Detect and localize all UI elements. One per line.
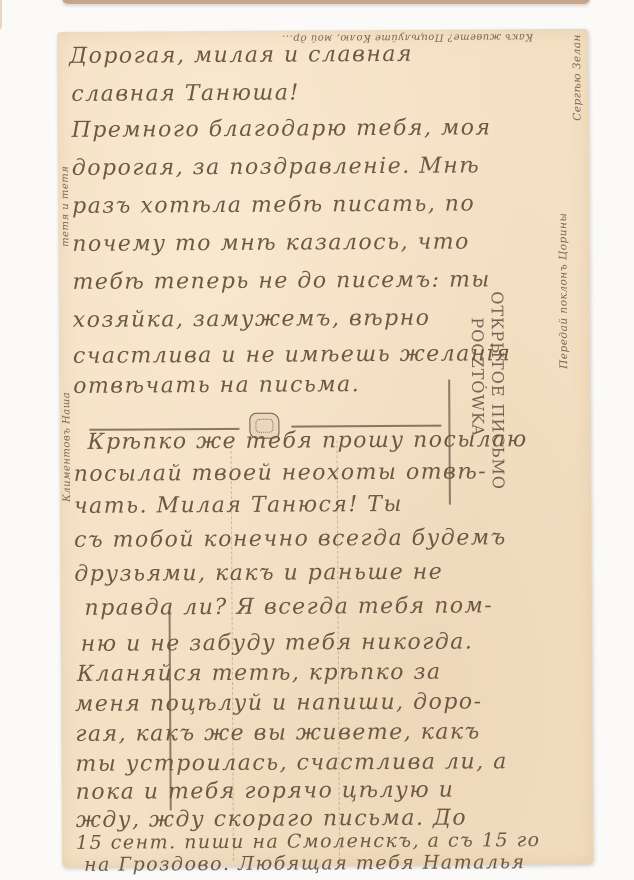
letter-line: съ тобой конечно всегда будемъ [74, 525, 507, 553]
letter-line: меня поцѣлуй и напиши, доро- [75, 689, 483, 716]
letter-line: пока и тебя горячо цѣлую и [76, 778, 455, 805]
letter-line: дорогая, за поздравленіе. Мнѣ [72, 153, 480, 180]
letter-line: ню и не забуду тебя никогда. [81, 629, 474, 656]
letter-line: почему то мнѣ казалось, что [72, 229, 470, 256]
adjacent-card-edge-top [62, 0, 590, 4]
letter-line: 15 сент. пиши на Смоленскъ, а съ 15 го [76, 829, 541, 854]
letter-line: посылай твоей неохоты отвѣ- [74, 459, 488, 487]
letter-line: славная Танюша! [71, 81, 300, 107]
letter-line: чать. Милая Танюся! Ты [74, 492, 403, 519]
margin-note-left-1: тетя и тетя [60, 166, 71, 247]
printed-heading-polish: POCZTÓWKA [468, 317, 488, 436]
margin-note-right-2: Сергѣю Зелан [571, 34, 584, 121]
margin-note-left-2: Климентовъ Наша [61, 392, 73, 502]
letter-line: счастлива и не имѣешь желанія [73, 341, 512, 369]
postcard: ОТКРЫТОЕ ПИСЬМО POCZTÓWKA Какъ живете? П… [57, 29, 593, 867]
address-rule-right [291, 425, 441, 427]
adjacent-card-edge-left [0, 0, 2, 30]
letter-line: на Гроздово. Любящая тебя Наталья [84, 851, 526, 876]
letter-line: разъ хотѣла тебѣ писать, по [72, 191, 475, 218]
letter-line: тебѣ теперь не до писемъ: ты [72, 267, 490, 295]
letter-line: Крѣпко же тебя прошу посылаю [87, 427, 527, 455]
letter-line: Кланяйся тетѣ, крѣпко за [77, 660, 442, 687]
margin-note-right-1: Передай поклонъ Цорины [557, 213, 570, 369]
letter-line: хозяйка, замужемъ, вѣрно [73, 306, 431, 333]
letter-line: ты устроилась, счастлива ли, а [75, 749, 507, 777]
printed-heading-russian: ОТКРЫТОЕ ПИСЬМО [488, 291, 508, 490]
letter-line: правда ли? Я всегда тебя пом- [84, 593, 493, 620]
letter-line: друзьями, какъ и раньше не [74, 560, 443, 587]
letter-line: отвѣчать на письма. [73, 372, 360, 399]
letter-line: Дорогая, милая и славная [69, 42, 413, 69]
letter-line: гая, какъ же вы живете, какъ [75, 719, 481, 746]
letter-line: Премного благодарю тебя, моя [72, 115, 492, 143]
letter-line: жду, жду скораго письма. До [76, 806, 467, 833]
